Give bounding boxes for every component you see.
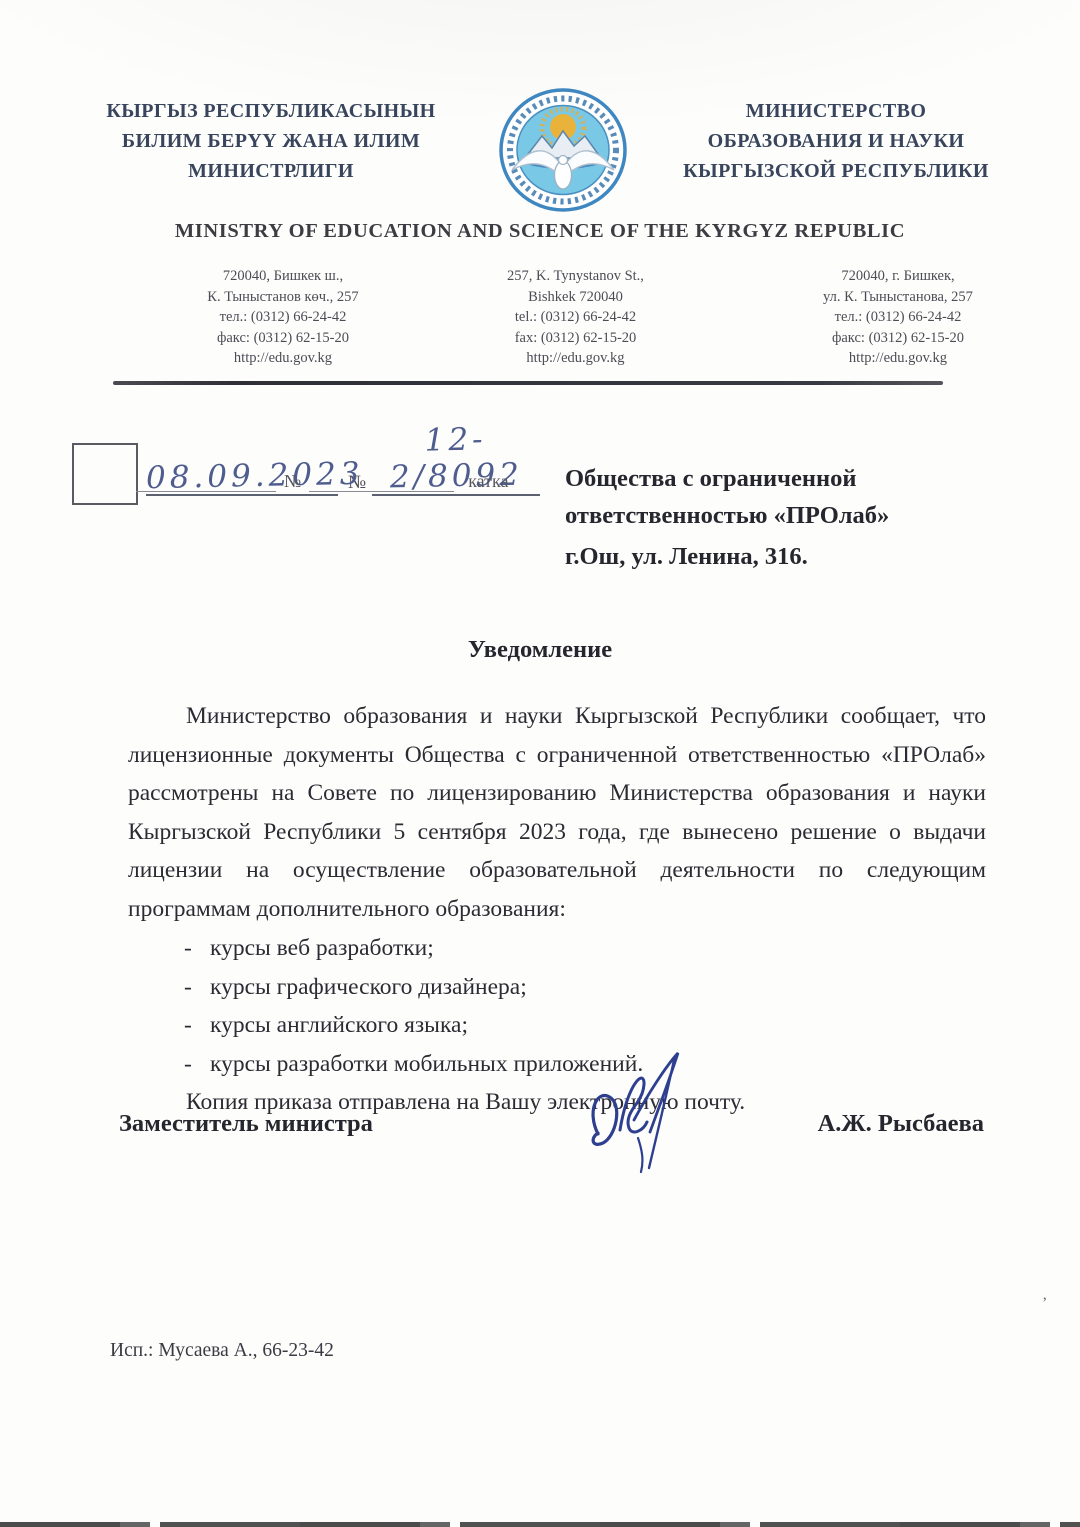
org-name-ru-line3: КЫРГЫЗСКОЙ РЕСПУБЛИКИ xyxy=(656,156,1016,186)
org-name-ru-line1: МИНИСТЕРСТВО xyxy=(656,96,1016,126)
recipient-block: Общества с ограниченной ответственностью… xyxy=(565,460,1005,534)
address-line: К. Тыныстанов көч., 257 xyxy=(118,287,448,308)
list-item: - курсы веб разработки; xyxy=(128,929,986,968)
org-name-russian: МИНИСТЕРСТВО ОБРАЗОВАНИЯ И НАУКИ КЫРГЫЗС… xyxy=(656,96,1016,186)
signature-ink-icon xyxy=(578,1038,710,1178)
ministry-seal-icon xyxy=(492,86,634,214)
address-line: fax: (0312) 62-15-20 xyxy=(448,328,703,349)
address-line: http://edu.gov.kg xyxy=(448,348,703,369)
signer-position: Заместитель министра xyxy=(119,1110,373,1138)
blank-underline xyxy=(136,470,276,492)
list-dash: - xyxy=(184,929,210,968)
address-line: http://edu.gov.kg xyxy=(748,348,1048,369)
recipient-address: г.Ош, ул. Ленина, 316. xyxy=(565,543,1005,571)
scan-speck: ’ xyxy=(1042,1295,1047,1313)
address-columns: 720040, Бишкек ш., К. Тыныстанов көч., 2… xyxy=(0,266,1080,369)
org-name-ky-line2: БИЛИМ БЕРҮҮ ЖАНА ИЛИМ xyxy=(96,126,446,156)
number-sign-2: № xyxy=(276,471,309,492)
signer-name: А.Ж. Рысбаева xyxy=(818,1110,984,1138)
list-dash: - xyxy=(184,1045,210,1084)
scanned-letter-page: КЫРГЫЗ РЕСПУБЛИКАСЫНЫН БИЛИМ БЕРҮҮ ЖАНА … xyxy=(0,0,1080,1527)
blank-underline-2 xyxy=(309,470,454,492)
address-line: 720040, Бишкек ш., xyxy=(118,266,448,287)
header-divider xyxy=(113,381,943,385)
katka-label: катка xyxy=(454,471,508,492)
scan-bottom-edge xyxy=(0,1522,1080,1527)
address-line: тел.: (0312) 66-24-42 xyxy=(748,307,1048,328)
recipient-line1: Общества с ограниченной xyxy=(565,460,1005,497)
address-line: ул. К. Тыныстанова, 257 xyxy=(748,287,1048,308)
org-name-ky-line3: МИНИСТРЛИГИ xyxy=(96,156,446,186)
org-name-ru-line2: ОБРАЗОВАНИЯ И НАУКИ xyxy=(656,126,1016,156)
list-dash: - xyxy=(184,1006,210,1045)
address-kyrgyz: 720040, Бишкек ш., К. Тыныстанов көч., 2… xyxy=(118,266,448,369)
org-name-ky-line1: КЫРГЫЗ РЕСПУБЛИКАСЫНЫН xyxy=(96,96,446,126)
program-label: курсы английского языка; xyxy=(210,1006,468,1045)
address-line: Bishkek 720040 xyxy=(448,287,703,308)
address-line: tel.: (0312) 66-24-42 xyxy=(448,307,703,328)
address-line: факс: (0312) 62-15-20 xyxy=(748,328,1048,349)
org-name-kyrgyz: КЫРГЫЗ РЕСПУБЛИКАСЫНЫН БИЛИМ БЕРҮҮ ЖАНА … xyxy=(96,96,446,186)
org-name-english: MINISTRY OF EDUCATION AND SCIENCE OF THE… xyxy=(0,220,1080,243)
address-line: тел.: (0312) 66-24-42 xyxy=(118,307,448,328)
list-dash: - xyxy=(184,968,210,1007)
program-label: курсы веб разработки; xyxy=(210,929,434,968)
list-item: - курсы английского языка; xyxy=(128,1006,986,1045)
document-body: Министерство образования и науки Кыргызс… xyxy=(128,697,986,1122)
address-line: 720040, г. Бишкек, xyxy=(748,266,1048,287)
outgoing-reference-line: 08.09.2023№12-2/8092 xyxy=(146,422,540,466)
address-english: 257, K. Tynystanov St., Bishkek 720040 t… xyxy=(448,266,703,369)
address-russian: 720040, г. Бишкек, ул. К. Тыныстанова, 2… xyxy=(748,266,1048,369)
recipient-line2: ответственностью «ПРОлаб» xyxy=(565,497,1005,534)
document-title: Уведомление xyxy=(0,636,1080,664)
list-item: - курсы графического дизайнера; xyxy=(128,968,986,1007)
stamp-box xyxy=(72,443,138,505)
program-list: - курсы веб разработки; - курсы графичес… xyxy=(128,929,986,1083)
program-label: курсы графического дизайнера; xyxy=(210,968,527,1007)
list-item: - курсы разработки мобильных приложений. xyxy=(128,1045,986,1084)
address-line: факс: (0312) 62-15-20 xyxy=(118,328,448,349)
body-paragraph: Министерство образования и науки Кыргызс… xyxy=(128,697,986,928)
incoming-reference-line: № катка xyxy=(136,470,509,502)
address-line: 257, K. Tynystanov St., xyxy=(448,266,703,287)
executor-note: Исп.: Мусаева А., 66-23-42 xyxy=(110,1340,334,1362)
address-line: http://edu.gov.kg xyxy=(118,348,448,369)
